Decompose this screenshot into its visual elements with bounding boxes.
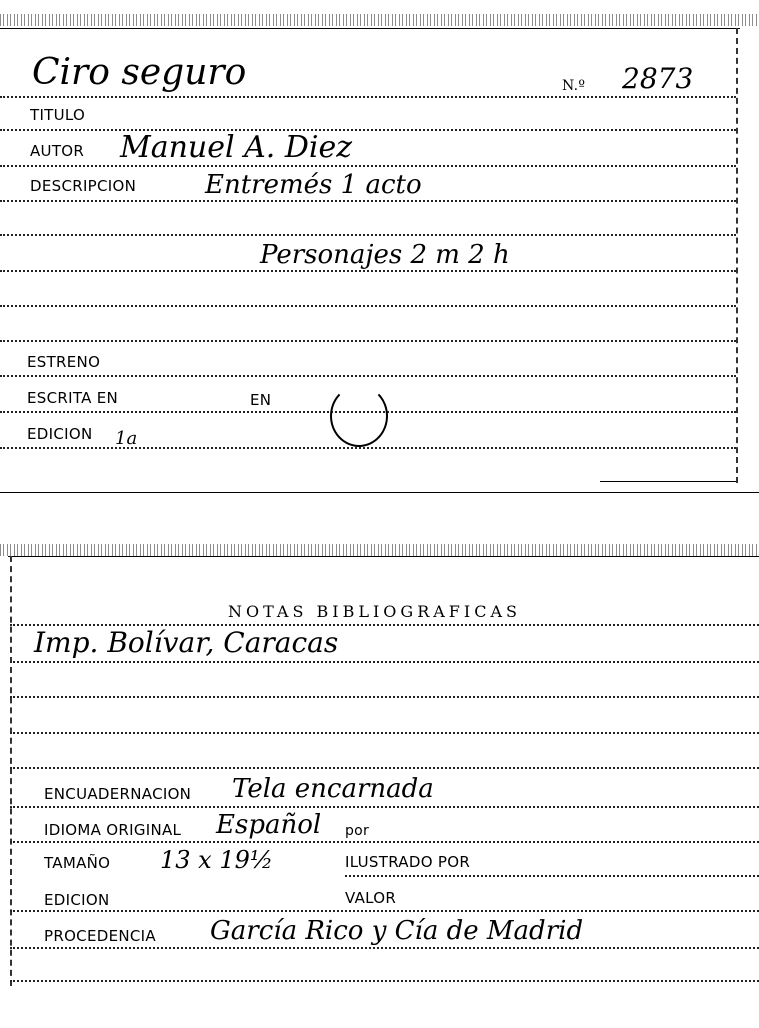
estreno-label: ESTRENO <box>27 353 100 371</box>
idioma-original-label: IDIOMA ORIGINAL <box>44 821 181 839</box>
rule <box>10 806 759 808</box>
rule <box>0 270 736 272</box>
rule <box>0 375 736 377</box>
rule <box>10 767 759 769</box>
rule <box>0 234 736 236</box>
rule <box>0 305 736 307</box>
rule <box>10 841 759 843</box>
autor-value: Manuel A. Diez <box>120 130 352 165</box>
rule <box>0 129 736 131</box>
en-label: EN <box>250 391 271 409</box>
top-border <box>0 28 740 29</box>
card-separator <box>0 492 759 493</box>
rule <box>10 947 759 949</box>
edicion-label: EDICION <box>27 425 92 443</box>
titulo-label: TITULO <box>30 106 85 124</box>
encuadernacion-value: Tela encarnada <box>232 774 434 804</box>
rule <box>10 696 759 698</box>
descripcion-label: DESCRIPCION <box>30 177 136 195</box>
catalog-card-back: NOTAS BIBLIOGRAFICAS Imp. Bolívar, Carac… <box>0 540 759 1028</box>
edicion-label: EDICION <box>44 891 109 909</box>
rule <box>345 875 759 877</box>
escrita-en-label: ESCRITA EN <box>27 389 118 407</box>
descripcion-value: Entremés 1 acto <box>205 170 422 200</box>
number-value: 2873 <box>622 62 693 95</box>
valor-label: VALOR <box>345 889 396 907</box>
autor-label: AUTOR <box>30 142 84 160</box>
rule <box>10 980 759 982</box>
tamano-label: TAMAÑO <box>44 854 110 872</box>
procedencia-label: PROCEDENCIA <box>44 927 156 945</box>
idioma-original-value: Español <box>216 810 321 840</box>
tamano-value: 13 x 19½ <box>160 846 273 874</box>
rule <box>0 447 736 449</box>
rule <box>10 910 759 912</box>
number-label: N.º <box>562 78 585 94</box>
bottom-edge <box>600 481 736 482</box>
rule <box>0 165 736 167</box>
rule <box>0 96 736 98</box>
notas-heading: NOTAS BIBLIOGRAFICAS <box>228 602 521 621</box>
ilustrado-por-label: ILUSTRADO POR <box>345 853 470 871</box>
rule <box>0 200 736 202</box>
scan-noise-border <box>0 544 759 556</box>
encuadernacion-label: ENCUADERNACION <box>44 785 191 803</box>
rule <box>10 661 759 663</box>
top-border <box>8 556 759 557</box>
left-border <box>10 556 12 986</box>
punch-hole-mark <box>330 385 388 447</box>
title-value: Ciro seguro <box>32 52 246 93</box>
personajes-value: Personajes 2 m 2 h <box>260 240 510 270</box>
rule <box>0 340 736 342</box>
por-label: por <box>345 823 369 839</box>
procedencia-value: García Rico y Cía de Madrid <box>210 916 583 946</box>
edicion-value: 1a <box>115 428 137 449</box>
rule <box>10 732 759 734</box>
scan-noise-border <box>0 14 759 26</box>
notes-value: Imp. Bolívar, Caracas <box>34 626 338 659</box>
catalog-card-front: Ciro seguro N.º 2873 TITULO AUTOR Manuel… <box>0 0 759 495</box>
right-border <box>736 28 738 483</box>
